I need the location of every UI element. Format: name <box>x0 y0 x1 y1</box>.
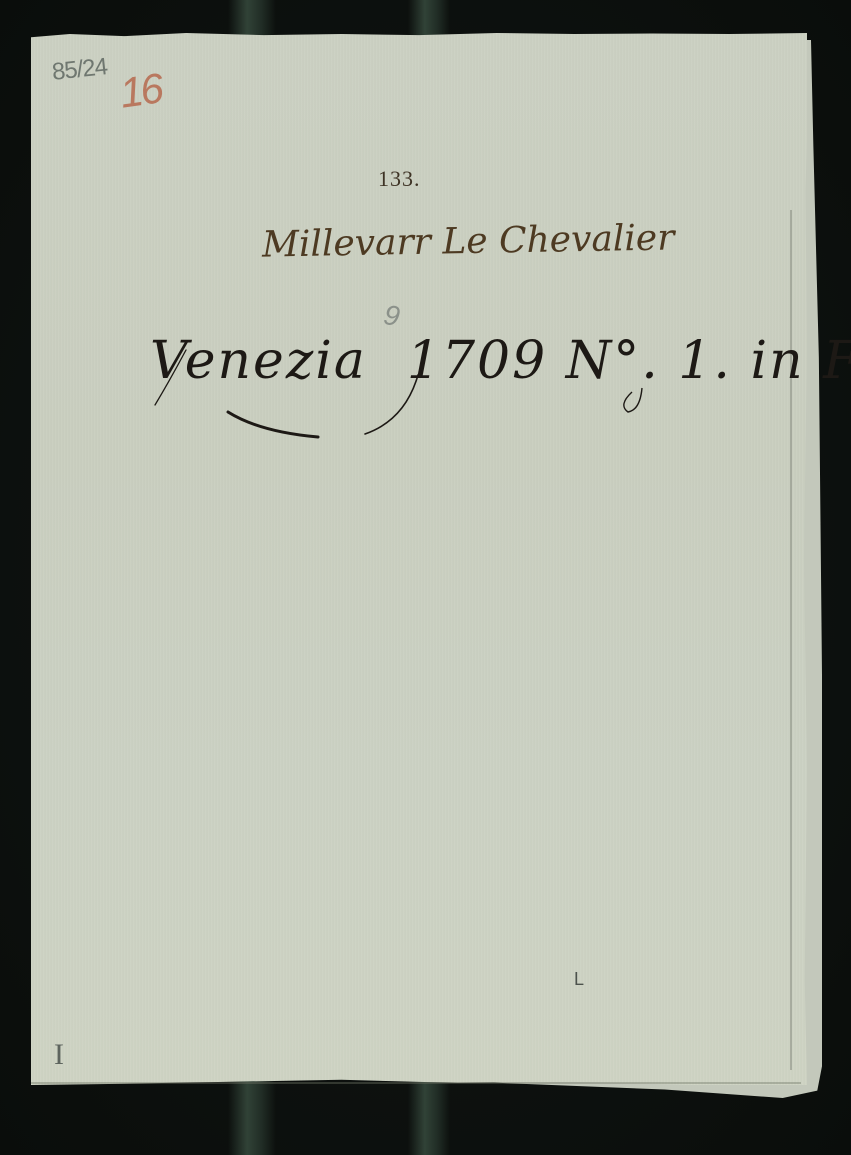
paper-fold-bottom <box>31 1082 801 1084</box>
author-line: Millevarr Le Chevalier <box>262 220 675 263</box>
pencil-reference-number: 85/24 <box>51 55 108 85</box>
roman-numeral: I <box>54 1040 64 1070</box>
red-pencil-number: 16 <box>117 67 163 114</box>
folio-number: 133. <box>378 168 421 190</box>
title-line: Venezia1709 N°. 1. in Francese <box>150 335 851 387</box>
title-place: Venezia <box>150 331 367 391</box>
title-year: 1709 <box>407 331 547 391</box>
small-pencil-mark: L <box>574 970 584 988</box>
scan-background: 85/24 16 133. Millevarr Le Chevalier 9 V… <box>0 0 851 1155</box>
title-number: N°. 1. <box>566 331 732 391</box>
title-language: in Francese <box>750 331 851 391</box>
